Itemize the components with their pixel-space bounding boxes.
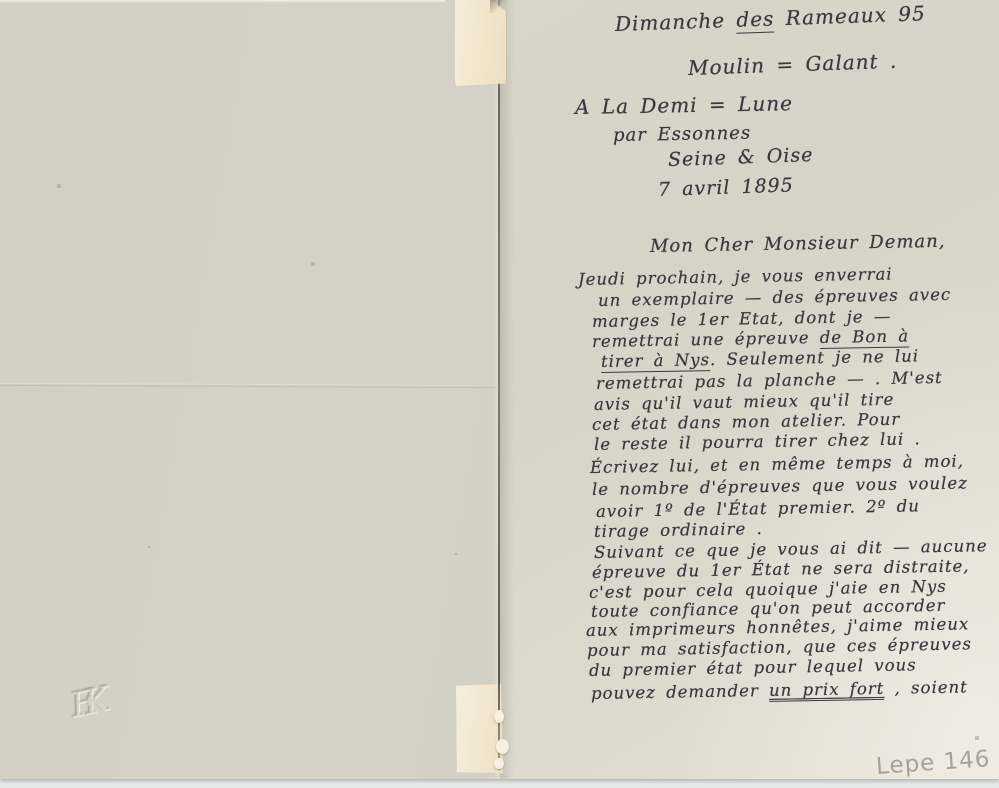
letter-text-segment: Jeudi prochain, je vous enverrai	[578, 265, 893, 289]
letter-text-segment: . Seulement je ne lui	[710, 346, 919, 369]
letter-line: 7 avril 1895	[658, 174, 795, 201]
letter-line: A La Demi = Lune	[575, 91, 793, 119]
letter-line: Écrivez lui, et en même temps à moi,	[590, 451, 964, 477]
letter-text-segment: remettrai une épreuve	[592, 328, 820, 351]
letter-text-segment: Moulin = Galant .	[688, 49, 898, 80]
letter-text-segment: de Bon à	[820, 326, 910, 349]
letter-text-segment: 7 avril 1895	[658, 174, 795, 201]
letter-line: pouvez demander un prix fort , soient	[591, 677, 968, 703]
letter-line: avoir 1º de l'État premier. 2º du	[596, 496, 920, 521]
letter-text-segment: avoir 1º de l'État premier. 2º du	[596, 496, 920, 521]
glue-blob	[496, 739, 509, 754]
letter-line: Seine & Oise	[668, 144, 814, 171]
letter-line: le nombre d'épreuves que vous voulez	[592, 473, 968, 499]
letter-line: Moulin = Galant .	[688, 49, 898, 80]
letter-text-segment: des	[736, 6, 775, 33]
letter-text-segment: un exemplaire — des épreuves avec	[598, 285, 951, 310]
glue-blob	[494, 758, 504, 769]
tape-top-notch-shadow	[490, 0, 507, 13]
letter-text-segment: , soient	[884, 677, 968, 697]
letter-line: tirer à Nys. Seulement je ne lui	[601, 346, 919, 371]
glue-blob	[494, 710, 504, 723]
letter-text-segment: par Essonnes	[613, 123, 751, 146]
letter-text-segment: le nombre d'épreuves que vous voulez	[592, 473, 968, 499]
letter-text-segment: Mon Cher Monsieur Deman,	[650, 231, 946, 257]
letter-text-segment: tirer à Nys	[601, 350, 710, 373]
letter-line: Dimanche des Rameaux 95	[615, 1, 927, 36]
letter-line: un exemplaire — des épreuves avec	[598, 285, 951, 310]
letter-text-segment: tirage ordinaire .	[594, 519, 763, 541]
center-fold-seam	[498, 0, 500, 770]
letter-text-segment: pouvez demander	[591, 681, 769, 703]
letter-line: Mon Cher Monsieur Deman,	[650, 231, 946, 257]
letter-text-segment: Rameaux 95	[774, 1, 926, 30]
letter-line: Jeudi prochain, je vous enverrai	[578, 265, 893, 289]
letter-text-segment: un prix fort	[769, 679, 885, 702]
letter-line: par Essonnes	[613, 123, 751, 146]
letter-line: tirage ordinaire .	[594, 519, 763, 541]
letter-text-segment: Dimanche	[615, 8, 737, 36]
letter-text-segment: Écrivez lui, et en même temps à moi,	[590, 451, 964, 477]
letter-scan: FK Dimanche des Rameaux 95Moulin = Galan…	[0, 0, 999, 788]
letter-text-segment: Seine & Oise	[668, 144, 814, 171]
letter-text-segment: A La Demi = Lune	[575, 91, 793, 119]
